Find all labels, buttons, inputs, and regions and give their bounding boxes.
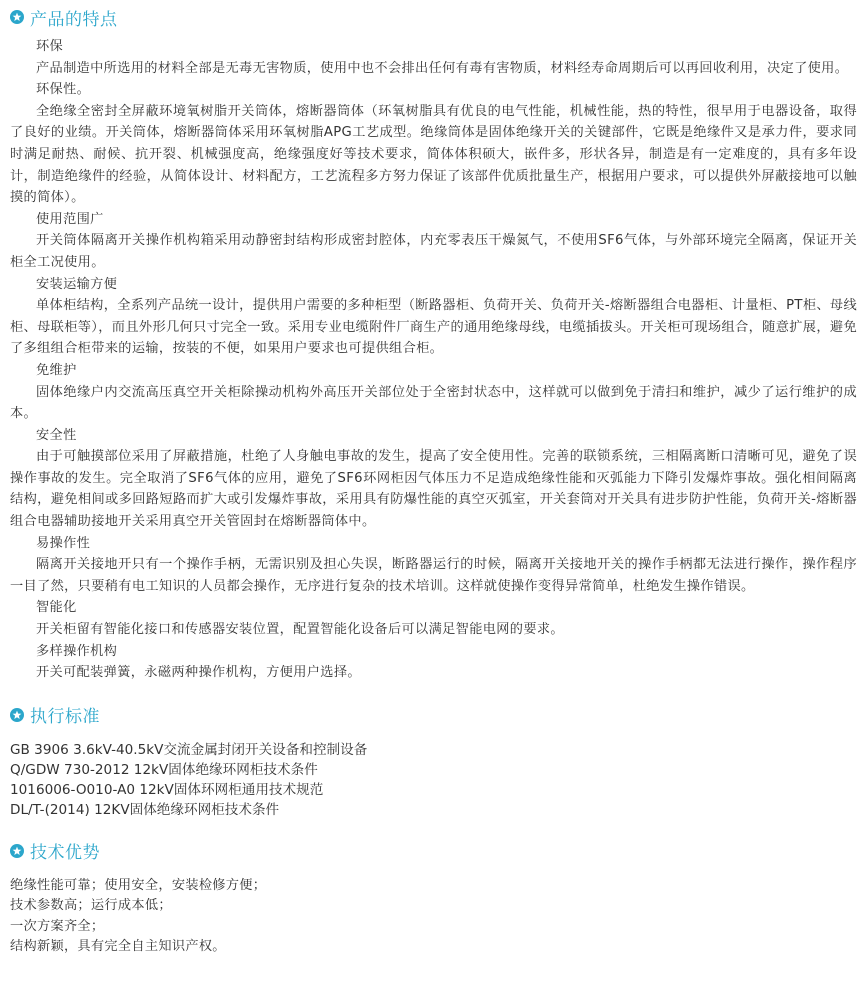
- standard-item: Q/GDW 730-2012 12kV固体绝缘环网柜技术条件: [10, 760, 857, 780]
- standards-list: GB 3906 3.6kV-40.5kV交流金属封闭开关设备和控制设备 Q/GD…: [10, 740, 857, 820]
- feature-title-intelligent: 智能化: [10, 597, 857, 619]
- feature-title-safety: 安全性: [10, 425, 857, 447]
- feature-title-eco: 环保: [10, 36, 857, 58]
- section-heading-features: 产品的特点: [10, 4, 857, 30]
- standard-item: 1016006-O010-A0 12kV固体环网柜通用技术规范: [10, 780, 857, 800]
- section-spacer: [10, 820, 857, 838]
- star-circle-icon: [10, 10, 24, 24]
- advantage-item: 一次方案齐全；: [10, 917, 857, 938]
- feature-title-easy-operation: 易操作性: [10, 533, 857, 555]
- standard-item: DL/T-(2014) 12KV固体绝缘环网柜技术条件: [10, 800, 857, 820]
- section-heading-standards: 执行标准: [10, 702, 857, 728]
- standard-item: GB 3906 3.6kV-40.5kV交流金属封闭开关设备和控制设备: [10, 740, 857, 760]
- advantages-list: 绝缘性能可靠；使用安全，安装检修方便； 技术参数高；运行成本低； 一次方案齐全；…: [10, 876, 857, 958]
- section-title: 技术优势: [30, 838, 100, 863]
- section-title: 产品的特点: [30, 5, 118, 30]
- star-circle-icon: [10, 844, 24, 858]
- feature-title-wide-usage: 使用范围广: [10, 209, 857, 231]
- feature-body-wide-usage: 开关筒体隔离开关操作机构箱采用动静密封结构形成密封腔体，内充零表压干燥氮气，不使…: [10, 230, 857, 273]
- feature-body-intelligent: 开关柜留有智能化接口和传感器安装位置，配置智能化设备后可以满足智能电网的要求。: [10, 619, 857, 641]
- advantage-item: 结构新颖，具有完全自主知识产权。: [10, 937, 857, 958]
- star-circle-icon: [10, 708, 24, 722]
- features-list: 环保 产品制造中所选用的材料全部是无毒无害物质，使用中也不会排出任何有毒有害物质…: [10, 36, 857, 684]
- feature-body-maintenance-free: 固体绝缘户内交流高压真空开关柜除操动机构外高压开关部位处于全密封状态中，这样就可…: [10, 382, 857, 425]
- feature-title-operating-mechanisms: 多样操作机构: [10, 641, 857, 663]
- feature-body-easy-install: 单体柜结构，全系列产品统一设计，提供用户需要的多种柜型（断路器柜、负荷开关、负荷…: [10, 295, 857, 360]
- section-spacer: [10, 684, 857, 702]
- product-page: 产品的特点 环保 产品制造中所选用的材料全部是无毒无害物质，使用中也不会排出任何…: [0, 0, 867, 958]
- section-title: 执行标准: [30, 702, 100, 727]
- feature-body-eco: 产品制造中所选用的材料全部是无毒无害物质，使用中也不会排出任何有毒有害物质，材料…: [10, 58, 857, 80]
- feature-title-maintenance-free: 免维护: [10, 360, 857, 382]
- feature-body-easy-operation: 隔离开关接地开只有一个操作手柄，无需识别及担心失误，断路器运行的时候，隔离开关接…: [10, 554, 857, 597]
- feature-title-easy-install: 安装运输方便: [10, 274, 857, 296]
- advantage-item: 技术参数高；运行成本低；: [10, 896, 857, 917]
- advantage-item: 绝缘性能可靠；使用安全，安装检修方便；: [10, 876, 857, 897]
- section-heading-advantages: 技术优势: [10, 838, 857, 864]
- feature-body-operating-mechanisms: 开关可配装弹簧，永磁两种操作机构，方便用户选择。: [10, 662, 857, 684]
- feature-body-eco-performance: 全绝缘全密封全屏蔽环境氧树脂开关筒体，熔断器筒体（环氧树脂具有优良的电气性能，机…: [10, 101, 857, 209]
- feature-title-eco-performance: 环保性。: [10, 79, 857, 101]
- feature-body-safety: 由于可触摸部位采用了屏蔽措施，杜绝了人身触电事故的发生，提高了安全使用性。完善的…: [10, 446, 857, 532]
